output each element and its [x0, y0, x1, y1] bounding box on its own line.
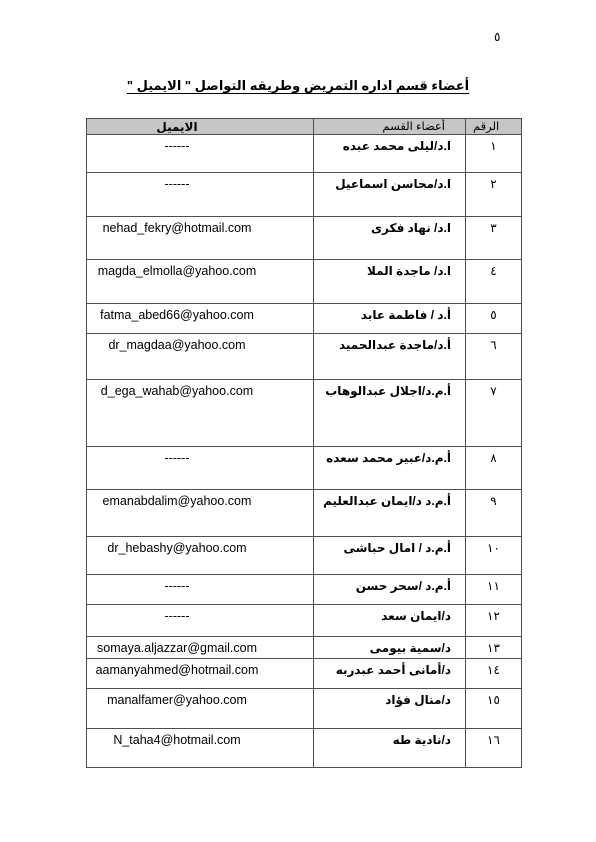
email-cell: nehad_fekry@hotmail.com	[87, 217, 313, 259]
member-name-cell: أ.م.د / امال حباشى	[313, 537, 465, 574]
table-row: ٢ ا.د/محاسن اسماعيل ------	[87, 173, 521, 217]
member-name-cell: د/منال فؤاد	[313, 689, 465, 728]
member-name-cell: أ.د/ماجدة عبدالحميد	[313, 334, 465, 379]
table-row: ١٢ د/ايمان سعد ------	[87, 605, 521, 637]
table-body: ١ ا.د/ليلى محمد عبده ------ ٢ ا.د/محاسن …	[87, 135, 521, 767]
member-name-cell: ا.د/ نهاد فكرى	[313, 217, 465, 259]
table-row: ٥ أ.د / فاطمة عابد fatma_abed66@yahoo.co…	[87, 304, 521, 334]
email-text: fatma_abed66@yahoo.com	[100, 308, 254, 322]
member-name-cell: ا.د/ ماجدة الملا	[313, 260, 465, 303]
serial-cell: ٢	[465, 173, 521, 216]
email-cell: dr_magdaa@yahoo.com	[87, 334, 313, 379]
table-row: ٣ ا.د/ نهاد فكرى nehad_fekry@hotmail.com	[87, 217, 521, 260]
member-name-cell: أ.د / فاطمة عابد	[313, 304, 465, 333]
table-row: ١ ا.د/ليلى محمد عبده ------	[87, 135, 521, 173]
serial-cell: ١٢	[465, 605, 521, 636]
table-row: ١١ أ.م.د /سحر حسن ------	[87, 575, 521, 605]
serial-cell: ٧	[465, 380, 521, 446]
serial-cell: ١٦	[465, 729, 521, 767]
email-text: ------	[165, 139, 190, 153]
email-cell: ------	[87, 135, 313, 172]
email-cell: aamanyahmed@hotmail.com	[87, 659, 313, 688]
email-cell: emanabdalim@yahoo.com	[87, 490, 313, 536]
serial-cell: ١٠	[465, 537, 521, 574]
email-text: ------	[165, 177, 190, 191]
member-name-cell: د/سمية بيومى	[313, 637, 465, 658]
email-text: dr_hebashy@yahoo.com	[107, 541, 246, 555]
table-header-row: الرقم أعضاء القسم الايميل	[87, 119, 521, 135]
email-text: dr_magdaa@yahoo.com	[108, 338, 245, 352]
table-row: ١٠ أ.م.د / امال حباشى dr_hebashy@yahoo.c…	[87, 537, 521, 575]
members-email-table: الرقم أعضاء القسم الايميل ١ ا.د/ليلى محم…	[86, 118, 522, 768]
column-header-email: الايميل	[87, 119, 313, 134]
table-row: ٩ أ.م.د د/ايمان عبدالعليم emanabdalim@ya…	[87, 490, 521, 537]
page-title: أعضاء قسم اداره التمريض وطريقه التواصل "…	[0, 78, 596, 94]
email-text: manalfamer@yahoo.com	[107, 693, 247, 707]
table-row: ١٤ د/أمانى أحمد عبدربه aamanyahmed@hotma…	[87, 659, 521, 689]
serial-cell: ٥	[465, 304, 521, 333]
email-text: ------	[165, 451, 190, 465]
email-cell: d_ega_wahab@yahoo.com	[87, 380, 313, 446]
email-text: emanabdalim@yahoo.com	[103, 494, 252, 508]
serial-cell: ١٣	[465, 637, 521, 658]
serial-cell: ٨	[465, 447, 521, 489]
email-text: somaya.aljazzar@gmail.com	[97, 641, 257, 655]
member-name-cell: د/ايمان سعد	[313, 605, 465, 636]
table-row: ١٦ د/نادية طه N_taha4@hotmail.com	[87, 729, 521, 767]
email-cell: fatma_abed66@yahoo.com	[87, 304, 313, 333]
serial-cell: ٦	[465, 334, 521, 379]
table-row: ١٣ د/سمية بيومى somaya.aljazzar@gmail.co…	[87, 637, 521, 659]
email-text: magda_elmolla@yahoo.com	[98, 264, 257, 278]
member-name-cell: ا.د/ليلى محمد عبده	[313, 135, 465, 172]
email-text: ------	[165, 579, 190, 593]
email-text: aamanyahmed@hotmail.com	[96, 663, 259, 677]
email-text: ------	[165, 609, 190, 623]
serial-cell: ٤	[465, 260, 521, 303]
column-header-serial: الرقم	[465, 119, 521, 134]
member-name-cell: د/نادية طه	[313, 729, 465, 767]
member-name-cell: أ.م.د/عبير محمد سعده	[313, 447, 465, 489]
email-cell: manalfamer@yahoo.com	[87, 689, 313, 728]
member-name-cell: ا.د/محاسن اسماعيل	[313, 173, 465, 216]
email-cell: dr_hebashy@yahoo.com	[87, 537, 313, 574]
member-name-cell: أ.م.د د/ايمان عبدالعليم	[313, 490, 465, 536]
serial-cell: ٣	[465, 217, 521, 259]
email-text: nehad_fekry@hotmail.com	[103, 221, 252, 235]
serial-cell: ٩	[465, 490, 521, 536]
email-cell: ------	[87, 605, 313, 636]
column-header-members: أعضاء القسم	[313, 119, 465, 134]
member-name-cell: أ.م.د/اجلال عبدالوهاب	[313, 380, 465, 446]
email-text: d_ega_wahab@yahoo.com	[101, 384, 253, 398]
email-cell: N_taha4@hotmail.com	[87, 729, 313, 767]
email-cell: somaya.aljazzar@gmail.com	[87, 637, 313, 658]
member-name-cell: أ.م.د /سحر حسن	[313, 575, 465, 604]
table-row: ٧ أ.م.د/اجلال عبدالوهاب d_ega_wahab@yaho…	[87, 380, 521, 447]
table-row: ٤ ا.د/ ماجدة الملا magda_elmolla@yahoo.c…	[87, 260, 521, 304]
member-name-cell: د/أمانى أحمد عبدربه	[313, 659, 465, 688]
page-number: ٥	[494, 30, 500, 44]
serial-cell: ١	[465, 135, 521, 172]
serial-cell: ١٥	[465, 689, 521, 728]
serial-cell: ١٤	[465, 659, 521, 688]
serial-cell: ١١	[465, 575, 521, 604]
table-row: ٨ أ.م.د/عبير محمد سعده ------	[87, 447, 521, 490]
document-page: { "page": { "number": "٥", "title": "أعض…	[0, 0, 596, 842]
email-cell: magda_elmolla@yahoo.com	[87, 260, 313, 303]
email-cell: ------	[87, 447, 313, 489]
email-text: N_taha4@hotmail.com	[113, 733, 240, 747]
table-row: ٦ أ.د/ماجدة عبدالحميد dr_magdaa@yahoo.co…	[87, 334, 521, 380]
email-cell: ------	[87, 173, 313, 216]
table-row: ١٥ د/منال فؤاد manalfamer@yahoo.com	[87, 689, 521, 729]
email-cell: ------	[87, 575, 313, 604]
